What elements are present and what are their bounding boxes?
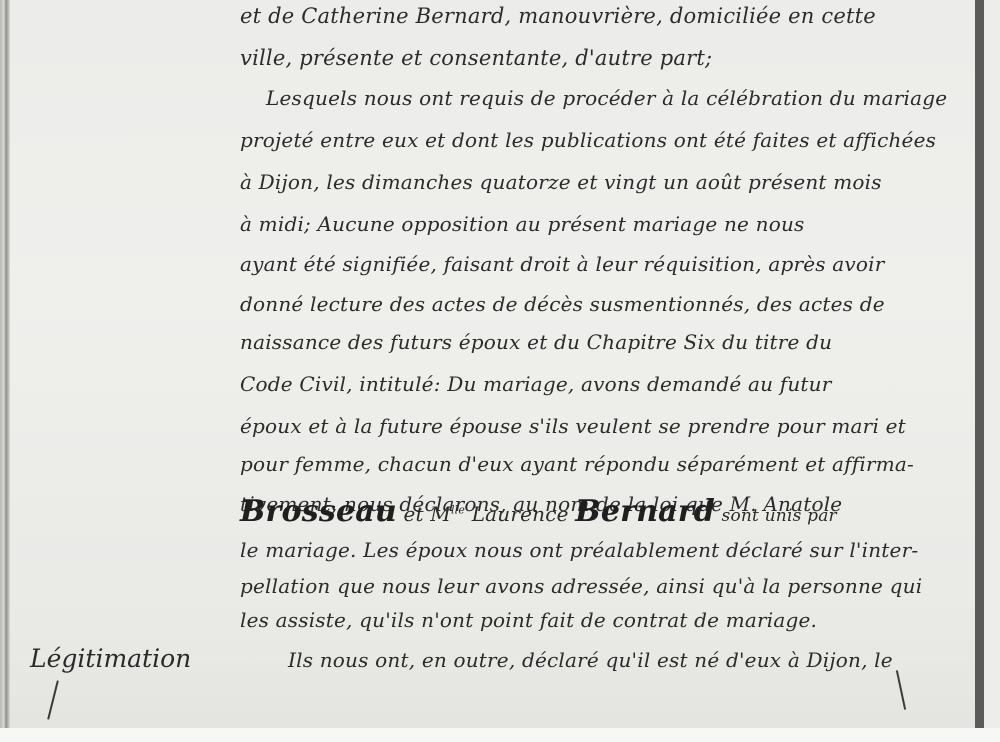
text-line: ayant été signifiée, faisant droit à leu… xyxy=(240,252,884,276)
bride-first-name: Laurence xyxy=(472,502,569,526)
text-line: à midi; Aucune opposition au présent mar… xyxy=(240,212,805,236)
text-line: ville, présente et consentante, d'autre … xyxy=(240,46,712,70)
text-line: pour femme, chacun d'eux ayant répondu s… xyxy=(240,452,914,476)
connector-text: et M xyxy=(403,502,451,526)
scan-bottom-border xyxy=(0,728,1000,742)
facing-page-strip xyxy=(984,0,1000,742)
margin-note-legitimation: Légitimation xyxy=(30,644,191,673)
pen-stroke-mark xyxy=(896,670,906,710)
text-line: donné lecture des actes de décès susment… xyxy=(240,292,885,316)
page-binding-edge xyxy=(0,0,10,730)
bride-surname: Bernard xyxy=(575,494,715,529)
text-line: époux et à la future épouse s'ils veulen… xyxy=(240,414,906,438)
text-line: le mariage. Les époux nous ont préalable… xyxy=(240,538,918,562)
names-line-tail: sont unis par xyxy=(722,506,837,526)
text-line: les assiste, qu'ils n'ont point fait de … xyxy=(240,608,817,632)
text-line-final: Ils nous ont, en outre, déclaré qu'il es… xyxy=(288,648,893,672)
text-line: pellation que nous leur avons adressée, … xyxy=(240,574,922,598)
text-line: naissance des futurs époux et du Chapitr… xyxy=(240,330,832,354)
pen-stroke-mark xyxy=(47,680,59,719)
text-line: à Dijon, les dimanches quatorze et vingt… xyxy=(240,170,882,194)
groom-surname: Brosseau xyxy=(240,494,397,529)
title-superscript: lle xyxy=(451,503,465,516)
text-line: projeté entre eux et dont les publicatio… xyxy=(240,128,936,152)
text-line: et de Catherine Bernard, manouvrière, do… xyxy=(240,4,876,28)
document-page: et de Catherine Bernard, manouvrière, do… xyxy=(0,0,1000,742)
text-line: Lesquels nous ont requis de procéder à l… xyxy=(266,86,947,110)
page-right-edge xyxy=(975,0,984,728)
text-line: Code Civil, intitulé: Du mariage, avons … xyxy=(240,372,832,396)
names-line: Brosseau et Mlle Laurence Bernard sont u… xyxy=(240,494,837,529)
